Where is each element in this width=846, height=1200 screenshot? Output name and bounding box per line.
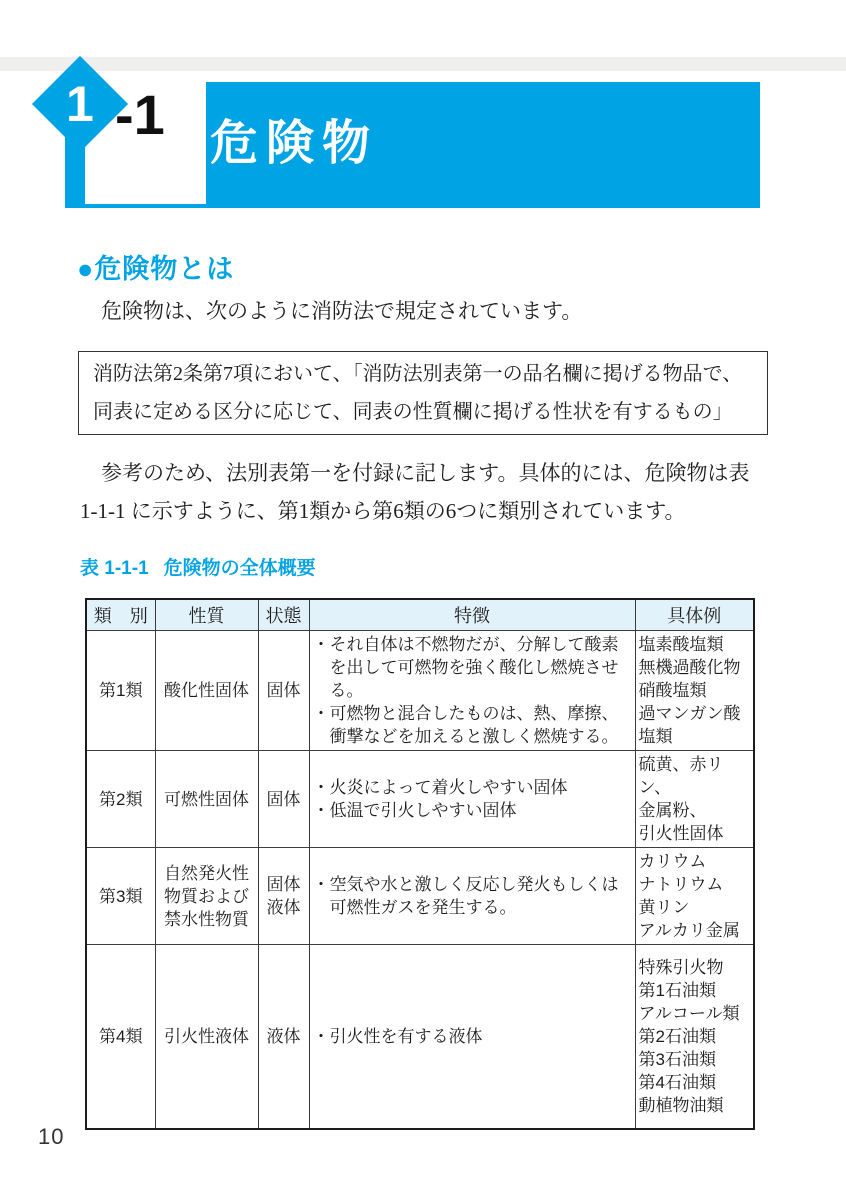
property-line: 物質および [159,885,255,908]
page-number: 10 [38,1124,64,1150]
law-quote-box: 消防法第2条第7項において、「消防法別表第一の品名欄に掲げる物品で、 同表に定め… [78,351,768,435]
example-item: 第4石油類 [639,1071,751,1094]
cell-features: ・それ自体は不燃物だが、分解して酸素を出して可燃物を強く酸化し燃焼させる。 ・可… [309,631,635,751]
feature-item: ・それ自体は不燃物だが、分解して酸素を出して可燃物を強く酸化し燃焼させる。 [313,633,632,702]
property-line: 酸化性固体 [159,679,255,702]
table-row: 第1類 酸化性固体 固体 ・それ自体は不燃物だが、分解して酸素を出して可燃物を強… [86,631,754,751]
intro-paragraph: 危険物は、次のように消防法で規定されています。 [80,292,786,330]
cell-category: 第1類 [86,631,155,751]
table-row: 第4類 引火性液体 液体 ・引火性を有する液体 特殊引火物 第1石油類 アルコー… [86,945,754,1129]
col-header-examples: 具体例 [635,599,754,631]
state-line: 固体 [262,873,306,896]
chapter-title: 危険物 [210,116,378,172]
cell-category: 第4類 [86,945,155,1129]
example-item: 無機過酸化物 [639,656,751,679]
cell-state: 固体 液体 [258,848,309,945]
table-caption: 表 1-1-1危険物の全体概要 [80,556,316,582]
property-line: 自然発火性 [159,862,255,885]
section-bullet-icon: ● [77,254,94,284]
col-header-state: 状態 [258,599,309,631]
state-line: 液体 [262,896,306,919]
cell-examples: 硫黄、赤リン、 金属粉、 引火性固体 [635,751,754,848]
cell-state: 液体 [258,945,309,1129]
feature-item: ・可燃物と混合したものは、熱、摩擦、衝撃などを加えると激しく燃焼する。 [313,702,632,748]
cell-state: 固体 [258,631,309,751]
table-row: 第3類 自然発火性 物質および 禁水性物質 固体 液体 ・空気や水と激しく反応し… [86,848,754,945]
example-item: 過マンガン酸塩類 [639,702,751,748]
example-item: 第3石油類 [639,1048,751,1071]
cell-state: 固体 [258,751,309,848]
table-header-row: 類 別 性質 状態 特徴 具体例 [86,599,754,631]
cell-examples: 特殊引火物 第1石油類 アルコール類 第2石油類 第3石油類 第4石油類 動植物… [635,945,754,1129]
example-item: カリウム [639,850,751,873]
cell-features: ・空気や水と激しく反応し発火もしくは可燃性ガスを発生する。 [309,848,635,945]
state-line: 固体 [262,679,306,702]
example-item: 硝酸塩類 [639,679,751,702]
cell-features: ・引火性を有する液体 [309,945,635,1129]
col-header-property: 性質 [155,599,258,631]
example-item: ナトリウム [639,873,751,896]
table-caption-label: 表 1-1-1 [80,558,149,579]
property-line: 可燃性固体 [159,788,255,811]
property-line: 引火性液体 [159,1025,255,1048]
example-item: 硫黄、赤リン、 [639,753,751,799]
feature-item: ・低温で引火しやすい固体 [313,799,632,822]
example-item: 引火性固体 [639,822,751,845]
example-item: 動植物油類 [639,1094,751,1117]
law-quote-line: 同表に定める区分に応じて、同表の性質欄に掲げる性状を有するもの」 [93,393,753,431]
cell-examples: カリウム ナトリウム 黄リン アルカリ金属 [635,848,754,945]
example-item: 第2石油類 [639,1025,751,1048]
reference-line: 1-1-1 に示すように、第1類から第6類の6つに類別されています。 [80,492,790,530]
cell-property: 可燃性固体 [155,751,258,848]
chapter-number: 1 [66,79,94,129]
section-heading-label: 危険物とは [94,254,234,284]
col-header-features: 特徴 [309,599,635,631]
reference-paragraph: 参考のため、法別表第一を付録に記します。具体的には、危険物は表 1-1-1 に示… [80,454,790,530]
cell-property: 自然発火性 物質および 禁水性物質 [155,848,258,945]
example-item: アルコール類 [639,1002,751,1025]
state-line: 液体 [262,1025,306,1048]
feature-item: ・火炎によって着火しやすい固体 [313,776,632,799]
cell-category: 第2類 [86,751,155,848]
feature-item: ・引火性を有する液体 [313,1025,632,1048]
example-item: 塩素酸塩類 [639,633,751,656]
hazmat-overview-table: 類 別 性質 状態 特徴 具体例 第1類 酸化性固体 固体 ・それ自体は不燃物だ… [85,598,755,1130]
example-item: 金属粉、 [639,799,751,822]
cell-property: 引火性液体 [155,945,258,1129]
feature-item: ・空気や水と激しく反応し発火もしくは可燃性ガスを発生する。 [313,873,632,919]
cell-property: 酸化性固体 [155,631,258,751]
property-line: 禁水性物質 [159,908,255,931]
cell-features: ・火炎によって着火しやすい固体 ・低温で引火しやすい固体 [309,751,635,848]
example-item: 第1石油類 [639,979,751,1002]
law-quote-line: 消防法第2条第7項において、「消防法別表第一の品名欄に掲げる物品で、 [93,355,753,393]
section-heading: ●危険物とは [77,250,234,288]
example-item: 黄リン [639,896,751,919]
example-item: 特殊引火物 [639,956,751,979]
state-line: 固体 [262,788,306,811]
page-top-scan-artifact [0,57,846,71]
col-header-category: 類 別 [86,599,155,631]
table-row: 第2類 可燃性固体 固体 ・火炎によって着火しやすい固体 ・低温で引火しやすい固… [86,751,754,848]
table-caption-title: 危険物の全体概要 [164,558,316,579]
example-item: アルカリ金属 [639,919,751,942]
section-number: -1 [115,84,165,146]
reference-line: 参考のため、法別表第一を付録に記します。具体的には、危険物は表 [80,454,790,492]
cell-category: 第3類 [86,848,155,945]
cell-examples: 塩素酸塩類 無機過酸化物 硝酸塩類 過マンガン酸塩類 [635,631,754,751]
book-page: 1 -1 危険物 ●危険物とは 危険物は、次のように消防法で規定されています。 … [0,0,846,1200]
